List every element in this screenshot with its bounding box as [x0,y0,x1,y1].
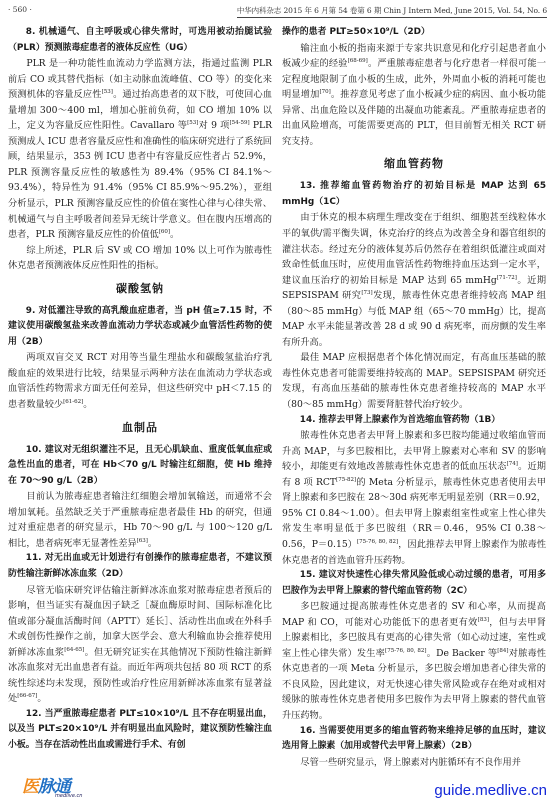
recommendation-8-title: 8. 机械通气、自主呼吸或心律失常时，可选用被动抬腿试验（PLR）预测脓毒症患者… [8,25,272,56]
citation-ref: [75-76, 80, 82] [357,539,398,545]
recommendation-16-title: 16. 当需要使用更多的缩血管药物来维持足够的血压时，建议选用肾上腺素（加用或替… [282,724,546,755]
left-column: 8. 机械通气、自主呼吸或心律失常时，可选用被动抬腿试验（PLR）预测脓毒症患者… [8,25,272,754]
recommendation-12-title-continued: 操作的患者 PLT≥50×10⁹/L（2D） [282,25,546,41]
citation-ref: [74] [507,461,518,467]
page-number: · 560 · [8,5,32,14]
recommendation-10-title: 10. 建议对无组织灌注不足，且无心肌缺血、重度低氧血症或急性出血的患者，可在 … [8,443,272,490]
citation-ref: [64-65] [64,647,84,653]
citation-ref: [75-76, 80, 82] [385,648,427,654]
paragraph-rec8-body: PLR 是一种功能性血流动力学监测方法，指通过监测 PLR 前后 CO 或其替代… [8,56,272,243]
recommendation-9-title: 9. 对低灌注导致的高乳酸血症患者，当 pH 值≥7.15 时，不建议使用碳酸氢… [8,304,272,351]
citation-ref: [68-69] [348,58,368,64]
paragraph-rec16-body: 尽管一些研究显示，肾上腺素对内脏循环有不良作用并 [282,755,546,771]
recommendation-11-title: 11. 对无出血或无计划进行有创操作的脓毒症患者，不建议预防性输注新鲜冰冻血浆（… [8,551,272,582]
right-column: 操作的患者 PLT≥50×10⁹/L（2D） 输注血小板的指南来源于专家共识意见… [282,25,546,770]
paragraph-rec11-body: 尽管无临床研究评估输注新鲜冰冻血浆对脓毒症患者预后的影响，但当证实有凝血因子缺乏… [8,583,272,707]
section-title-vasopressors: 缩血管药物 [282,155,546,173]
recommendation-15-title: 15. 建议对快速性心律失常风险低或心动过缓的患者，可用多巴胺作为去甲肾上腺素的… [282,568,546,599]
citation-ref: [71-72] [497,275,517,281]
citation-ref: [70] [319,89,330,95]
paragraph-rec15-body: 多巴胺通过提高脓毒性休克患者的 SV 和心率，从而提高 MAP 和 CO，可能对… [282,599,546,723]
paragraph-rec13-body: 由于休克的根本病理生理改变在于组织、细胞甚至线粒体水平的氧供/需平衡失调，休克治… [282,210,546,350]
citation-ref: [73] [361,290,372,296]
medlive-logo: 医脉通 medlive.cn [22,772,92,802]
citation-ref: [60] [159,229,170,235]
citation-ref: [84] [497,648,508,654]
journal-citation: 中华内科杂志 2015 年 6 月第 54 卷第 6 期 Chin J Inte… [237,5,547,18]
citation-ref: [54-59] [230,120,250,126]
paragraph-rec10-body: 目前认为脓毒症患者输注红细胞会增加氧输送，而通常不会增加氧耗。虽然缺乏关于严重脓… [8,489,272,551]
citation-ref: [61-62] [63,399,83,405]
paragraph-rec13-map: 最佳 MAP 应根据患者个体化情况而定，有高血压基础的脓毒性休克患者可能需要维持… [282,350,546,412]
page-header: · 560 · 中华内科杂志 2015 年 6 月第 54 卷第 6 期 Chi… [0,0,553,22]
recommendation-12-title: 12. 当严重脓毒症患者 PLT≤10×10⁹/L 且不存在明显出血，以及当 P… [8,707,272,754]
citation-ref: [83] [478,617,489,623]
paragraph-rec8-summary: 综上所述，PLR 后 SV 或 CO 增加 10% 以上可作为脓毒性休克患者预测… [8,243,272,274]
citation-ref: [63] [137,538,148,544]
citation-ref: [75-82] [336,477,356,483]
paragraph-rec14-body: 脓毒性休克患者去甲肾上腺素和多巴胺均能通过收缩血管而升高 MAP，与多巴胺相比，… [282,428,546,568]
logo-domain: medlive.cn [55,793,82,799]
citation-ref: [53] [102,89,113,95]
section-title-blood-products: 血制品 [8,419,272,437]
paragraph-rec12-body: 输注血小板的指南来源于专家共识意见和化疗引起患者血小板减少症的经验[68-69]… [282,41,546,150]
recommendation-13-title: 13. 推荐缩血管药物治疗的初始目标是 MAP 达到 65 mmHg（1C） [282,179,546,210]
citation-ref: [53] [187,120,198,126]
citation-ref: [66-67] [17,693,37,699]
recommendation-14-title: 14. 推荐去甲肾上腺素作为首选缩血管药物（1B） [282,413,546,429]
watermark-url: guide.medlive.cn [434,782,547,799]
paragraph-rec9-body: 两项双盲交叉 RCT 对用等当量生理盐水和碳酸氢盐治疗乳酸血症的效果进行比较，结… [8,350,272,412]
section-title-bicarbonate: 碳酸氢钠 [8,280,272,298]
